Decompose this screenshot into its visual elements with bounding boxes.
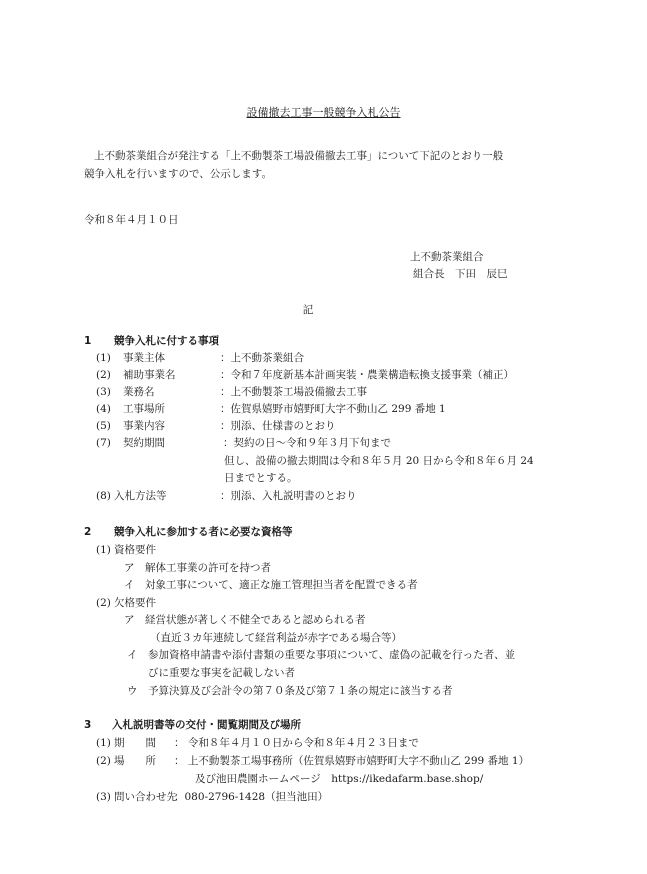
ki-heading: 記 (0, 303, 616, 317)
disqualification-i-cont: びに重要な事実を記載しない者 (148, 666, 295, 680)
section-number: 2 (84, 525, 114, 539)
section1-item-8: (8) 入札方法等 ：別添、入札説明書のとおり (96, 489, 111, 503)
disqualification-a-note: （直近３カ年連続して経営利益が赤字である場合等） (150, 631, 402, 645)
section-1-heading: 1競争入札に付する事項 (84, 334, 219, 348)
section1-item-7: (7) 契約期間 ：契約の日～令和９年３月下旬まで (96, 436, 111, 450)
section1-item-2: (2) 補助事業名 ：令和７年度新基本計画実装・農業構造転換支援事業（補正） (96, 368, 111, 382)
section-title: 競争入札に参加する者に必要な資格等 (114, 526, 293, 538)
item-mark: イ (124, 579, 135, 591)
item-value: ：佐賀県嬉野市嬉野町大字不動山乙 299 番地 1 (220, 402, 446, 416)
item-label: 契約期間 (123, 436, 165, 450)
item-value: ： 上不動製茶工場事務所（佐賀県嬉野市嬉野町大字不動山乙 299 番地 1） (174, 754, 529, 768)
item-label: 資格要件 (114, 543, 156, 557)
item-number: (8) (96, 489, 111, 503)
section1-item-1: (1) 事業主体 ：上不動茶業組合 (96, 351, 111, 365)
item-mark: ア (124, 562, 135, 574)
item-number: (1) (96, 543, 111, 557)
item-label: 工事場所 (123, 402, 165, 416)
item-number: (4) (96, 402, 111, 416)
disqualification-i: イ 参加資格申請書や添付書類の重要な事項について、虚偽の記載を行った者、並 (127, 648, 138, 662)
section2-sub-2: (2) 欠格要件 (96, 596, 111, 610)
item-value: ：上不動茶業組合 (220, 351, 304, 365)
item-text: 解体工事業の許可を持つ者 (145, 561, 271, 575)
item-mark: イ (127, 649, 138, 661)
place-homepage: 及び池田農園ホームページ https://ikedafarm.base.shop… (195, 772, 483, 786)
item-label: 事業内容 (123, 419, 165, 433)
intro-line-2: 競争入札を行いますので、公示します。 (84, 165, 584, 183)
contract-note-line-1: 但し、設備の撤去期間は令和８年５月 20 日から令和８年６月 24 (224, 454, 534, 468)
item-label: 補助事業名 (123, 368, 176, 382)
item-value: ：別添、入札説明書のとおり (220, 489, 357, 503)
section-number: 1 (84, 334, 114, 348)
document-title: 設備撤去工事一般競争入札公告 (0, 106, 647, 120)
item-label: 欠格要件 (114, 596, 156, 610)
item-value: ：別添、仕様書のとおり (220, 419, 336, 433)
item-number: (5) (96, 419, 111, 433)
intro-paragraph: 上不動茶業組合が発注する「上不動製茶工場設備撤去工事」について下記のとおり一般 … (84, 147, 584, 183)
section3-item-1: (1) 期 間 ： 令和８年４月１０日から令和８年４月２３日まで (96, 736, 111, 750)
item-number: (3) (96, 385, 111, 399)
item-number: (2) (96, 754, 111, 768)
item-label: 事業主体 (123, 351, 165, 365)
item-number: (1) (96, 736, 111, 750)
section-number: 3 (84, 718, 112, 732)
item-value: ：上不動製茶工場設備撤去工事 (220, 385, 367, 399)
qualification-i: イ 対象工事について、適正な施工管理担当者を配置できる者 (124, 578, 135, 592)
item-value: ：080-2796-1428（担当池田） (174, 790, 328, 804)
section3-item-2: (2) 場 所 ： 上不動製茶工場事務所（佐賀県嬉野市嬉野町大字不動山乙 299… (96, 754, 111, 768)
section3-item-3: (3) 問い合わせ先 ：080-2796-1428（担当池田） (96, 790, 111, 804)
item-text: 参加資格申請書や添付書類の重要な事項について、虚偽の記載を行った者、並 (148, 648, 515, 662)
issuer-chairman: 組合長 下田 辰巳 (413, 267, 508, 281)
item-label: 入札方法等 (114, 489, 167, 503)
item-value: ： 令和８年４月１０日から令和８年４月２３日まで (174, 736, 419, 750)
section1-item-4: (4) 工事場所 ：佐賀県嬉野市嬉野町大字不動山乙 299 番地 1 (96, 402, 111, 416)
section1-item-5: (5) 事業内容 ：別添、仕様書のとおり (96, 419, 111, 433)
item-label: 場 所 (114, 754, 156, 768)
issue-date: 令和８年４月１０日 (84, 213, 179, 227)
intro-line-1: 上不動茶業組合が発注する「上不動製茶工場設備撤去工事」について下記のとおり一般 (84, 147, 584, 165)
qualification-a: ア 解体工事業の許可を持つ者 (124, 561, 135, 575)
contract-note-line-2: 日までとする。 (224, 471, 298, 485)
item-text: 対象工事について、適正な施工管理担当者を配置できる者 (145, 578, 418, 592)
item-value: ：令和７年度新基本計画実装・農業構造転換支援事業（補正） (220, 368, 514, 382)
item-mark: ウ (127, 685, 138, 697)
issuer-organization: 上不動茶業組合 (410, 250, 484, 264)
section-title: 入札説明書等の交付・閲覧期間及び場所 (112, 719, 301, 731)
item-number: (2) (96, 368, 111, 382)
item-number: (2) (96, 596, 111, 610)
item-number: (1) (96, 351, 111, 365)
item-number: (3) (96, 790, 111, 804)
section2-sub-1: (1) 資格要件 (96, 543, 111, 557)
item-text: 予算決算及び会計令の第７０条及び第７１条の規定に該当する者 (148, 684, 453, 698)
section-3-heading: 3入札説明書等の交付・閲覧期間及び場所 (84, 718, 301, 732)
item-number: (7) (96, 436, 111, 450)
section-title: 競争入札に付する事項 (114, 335, 219, 347)
disqualification-u: ウ 予算決算及び会計令の第７０条及び第７１条の規定に該当する者 (127, 684, 138, 698)
item-label: 業務名 (123, 385, 155, 399)
item-label: 期 間 (114, 736, 156, 750)
section1-item-3: (3) 業務名 ：上不動製茶工場設備撤去工事 (96, 385, 111, 399)
item-label: 問い合わせ先 (114, 790, 177, 804)
item-mark: ア (124, 614, 135, 626)
disqualification-a: ア 経営状態が著しく不健全であると認められる者 (124, 613, 135, 627)
section-2-heading: 2競争入札に参加する者に必要な資格等 (84, 525, 293, 539)
item-text: 経営状態が著しく不健全であると認められる者 (145, 613, 366, 627)
item-value: ：契約の日～令和９年３月下旬まで (223, 436, 391, 450)
